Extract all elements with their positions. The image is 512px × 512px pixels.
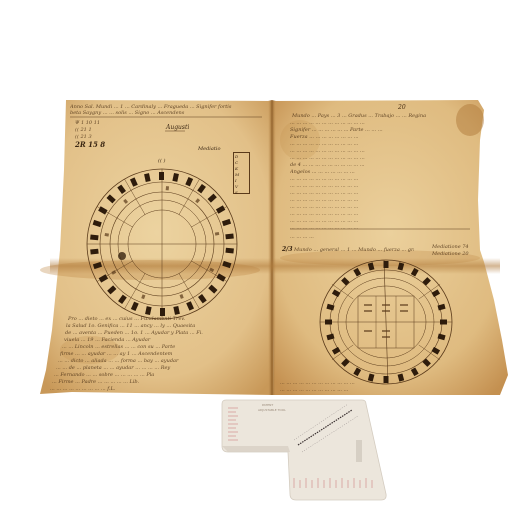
ruler [0,0,512,512]
ruler-sublabel: ADJUSTABLE TOOL [258,408,286,412]
ruler-label: PATENT [262,403,273,407]
photo-scene: Anno Sal. Mundi ... 1 ... Cardinaly ... … [0,0,512,512]
